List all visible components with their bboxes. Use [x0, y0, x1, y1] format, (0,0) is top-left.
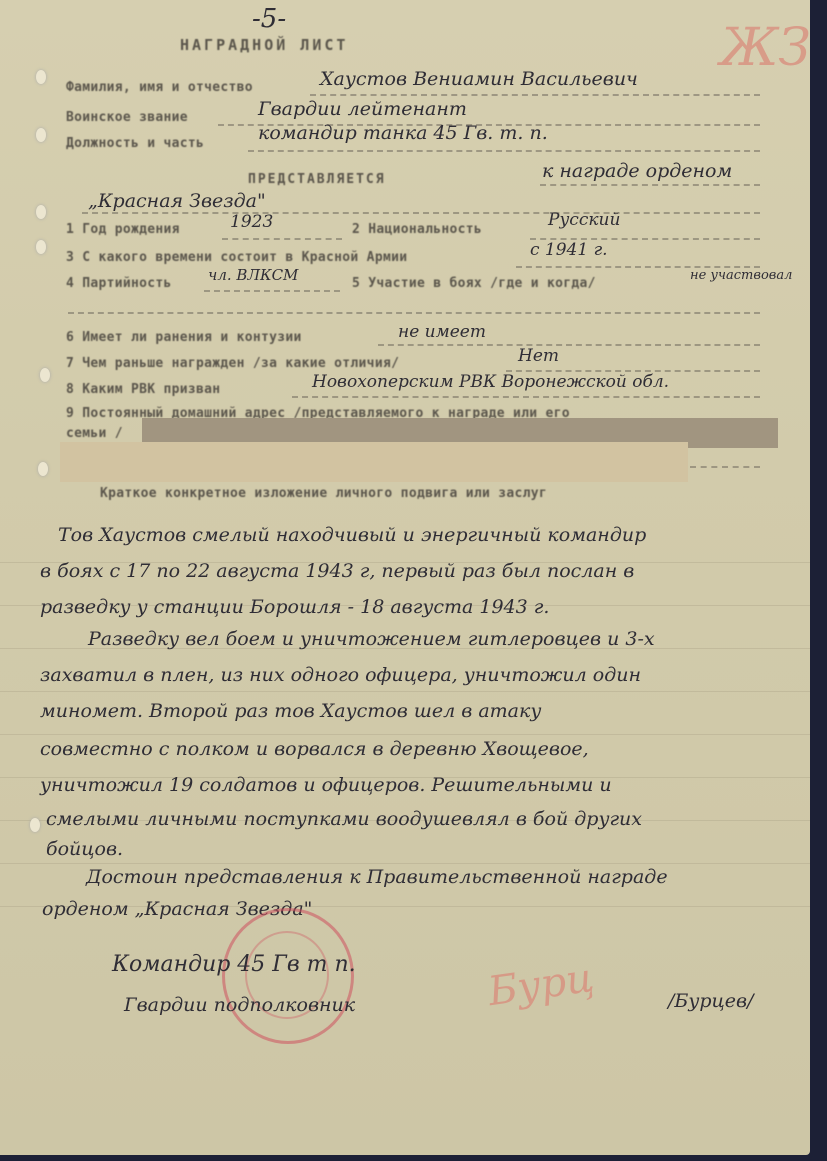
field-2-value: Русский — [548, 210, 620, 230]
punch-hole — [36, 240, 46, 254]
narrative-line: захватил в плен, из них одного офицера, … — [40, 664, 641, 686]
punch-hole — [36, 70, 46, 84]
red-initials-mark: Бурц — [485, 955, 596, 1015]
field-3-label: 3 С какого времени состоит в Красной Арм… — [66, 250, 407, 265]
field-7-value: Нет — [518, 346, 559, 366]
name-value: Хаустов Вениамин Васильевич — [320, 68, 638, 90]
signature-line-2: Гвардии подполковник — [124, 994, 355, 1016]
redaction-block — [688, 440, 778, 448]
punch-hole — [36, 205, 46, 219]
punch-hole — [38, 462, 48, 476]
narrative-line: смелыми личными поступками воодушевлял в… — [46, 808, 642, 830]
field-7-label: 7 Чем раньше награжден /за какие отличия… — [66, 356, 399, 371]
narrative-line: Разведку вел боем и уничтожением гитлеро… — [88, 628, 655, 650]
signatory-name: /Бурцев/ — [668, 990, 754, 1012]
narrative-line: уничтожил 19 солдатов и офицеров. Решите… — [40, 774, 612, 796]
page-number: -5- — [252, 4, 286, 34]
field-1-label: 1 Год рождения — [66, 222, 180, 237]
punch-hole — [36, 128, 46, 142]
redaction-block — [142, 418, 778, 442]
field-6-label: 6 Имеет ли ранения и контузии — [66, 330, 302, 345]
field-5-label: 5 Участие в боях /где и когда/ — [352, 276, 596, 291]
field-4-value: чл. ВЛКСМ — [208, 266, 298, 284]
narrative-line: Тов Хаустов смелый находчивый и энергичн… — [58, 524, 646, 546]
position-label: Должность и часть — [66, 136, 204, 151]
field-2-label: 2 Национальность — [352, 222, 482, 237]
field-4-label: 4 Партийность — [66, 276, 172, 291]
award-value: „Красная Звезда" — [88, 190, 266, 212]
field-6-value: не имеет — [398, 322, 486, 342]
narrative-line: в боях с 17 по 22 августа 1943 г, первый… — [40, 560, 634, 582]
narrative-line: Достоин представления к Правительственно… — [86, 866, 668, 888]
name-label: Фамилия, имя и отчество — [66, 80, 253, 95]
red-pencil-mark: ЖЗ — [720, 18, 811, 78]
field-1-value: 1923 — [230, 212, 273, 232]
narrative-line: бойцов. — [46, 838, 123, 860]
narrative-line: разведку у станции Борошля - 18 августа … — [40, 596, 549, 618]
redaction-block — [60, 442, 688, 482]
field-5-value: не участвовал — [690, 268, 792, 283]
signature-line-1: Командир 45 Гв т п. — [112, 952, 356, 977]
narrative-line: совместно с полком и ворвался в деревню … — [40, 738, 589, 760]
award-sheet-page: -5- НАГРАДНОЙ ЛИСТ ЖЗ Фамилия, имя и отч… — [0, 0, 810, 1155]
field-3-value: с 1941 г. — [530, 240, 608, 260]
rank-label: Воинское звание — [66, 110, 188, 125]
position-value: командир танка 45 Гв. т. п. — [258, 122, 548, 144]
field-8-value: Новохоперским РВК Воронежской обл. — [312, 372, 669, 392]
document-title: НАГРАДНОЙ ЛИСТ — [180, 36, 348, 54]
punch-hole — [30, 818, 40, 832]
field-9-label-cont: семьи / — [66, 426, 123, 441]
punch-hole — [40, 368, 50, 382]
summary-label: Краткое конкретное изложение личного под… — [100, 486, 547, 501]
narrative-line: миномет. Второй раз тов Хаустов шел в ат… — [40, 700, 541, 722]
presented-value: к награде орденом — [542, 160, 732, 182]
field-8-label: 8 Каким РВК призван — [66, 382, 220, 397]
rank-value: Гвардии лейтенант — [258, 98, 467, 120]
presented-label: ПРЕДСТАВЛЯЕТСЯ — [248, 172, 386, 187]
